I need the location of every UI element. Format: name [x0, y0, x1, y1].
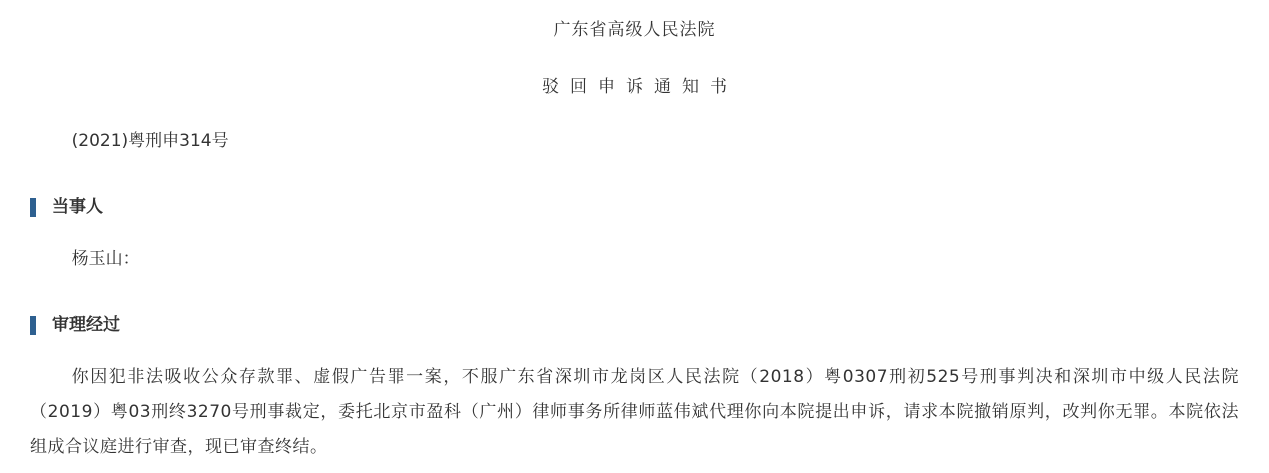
- section-accent-bar: [30, 316, 36, 335]
- document-page: 广东省高级人民法院 驳回申诉通知书 (2021)粤刑申314号 当事人 杨玉山：…: [0, 0, 1269, 473]
- section-accent-bar: [30, 198, 36, 217]
- court-name-title: 广东省高级人民法院: [30, 21, 1239, 39]
- section-parties: 当事人 杨玉山：: [30, 198, 1239, 268]
- section-heading-trial-process: 审理经过: [30, 316, 1239, 335]
- party-name-line: 杨玉山：: [30, 250, 1239, 268]
- section-trial-process: 审理经过 你因犯非法吸收公众存款罪、虚假广告罪一案，不服广东省深圳市龙岗区人民法…: [30, 316, 1239, 465]
- section-heading-label: 当事人: [52, 198, 103, 217]
- section-heading-label: 审理经过: [52, 316, 120, 335]
- section-heading-parties: 当事人: [30, 198, 1239, 217]
- trial-process-paragraph: 你因犯非法吸收公众存款罪、虚假广告罪一案，不服广东省深圳市龙岗区人民法院（201…: [30, 360, 1239, 465]
- document-type-title: 驳回申诉通知书: [30, 78, 1239, 96]
- case-number: (2021)粤刑申314号: [30, 132, 1239, 150]
